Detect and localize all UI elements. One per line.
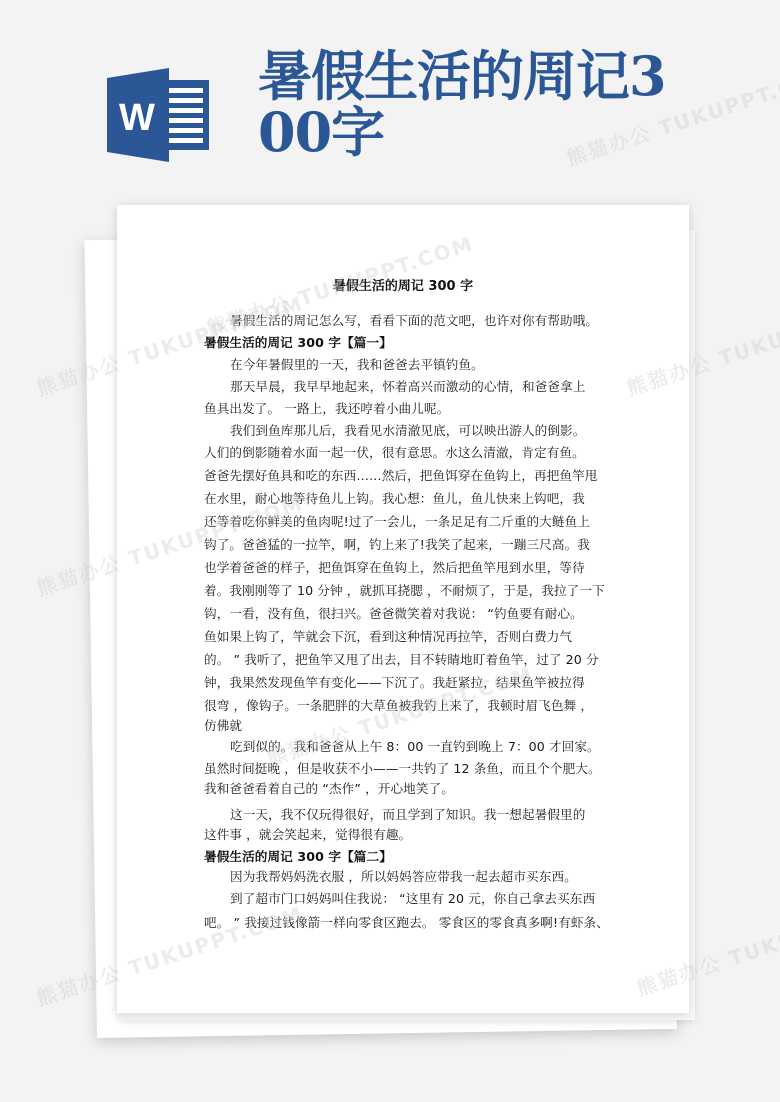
paragraph-line: 鱼具出发了。 一路上，我还哼着小曲儿呢。 bbox=[204, 401, 607, 417]
paragraph-line: 那天早晨，我早早地起来，怀着高兴而激动的心情，和爸爸拿上 bbox=[230, 379, 607, 395]
section-heading: 暑假生活的周记 300 字【篇一】 bbox=[204, 335, 607, 351]
paragraph-line: 暑假生活的周记怎么写，看看下面的范文吧，也许对你有帮助哦。 bbox=[230, 313, 607, 329]
page-title-line2: 00字 bbox=[258, 104, 698, 160]
document-title: 暑假生活的周记 300 字 bbox=[117, 275, 689, 294]
paragraph-line: 钩了。爸爸猛的一拉竿，啊，钓上来了!我笑了起来，一蹦三尺高。我 bbox=[204, 537, 607, 553]
word-icon-letter: W bbox=[119, 97, 155, 139]
paragraph-line: 我和爸爸看着自己的 “杰作” ，开心地笑了。 bbox=[204, 781, 607, 797]
paragraph-line: 钟，我果然发现鱼竿有变化——下沉了。我赶紧拉，结果鱼竿被拉得 bbox=[204, 675, 607, 691]
paragraph-line: 我们到鱼库那儿后，我看见水清澈见底，可以映出游人的倒影。 bbox=[230, 423, 607, 439]
paragraph-line: 人们的倒影随着水面一起一伏，很有意思。水这么清澈，肯定有鱼。 bbox=[204, 445, 607, 461]
paragraph-line: 这一天，我不仅玩得很好，而且学到了知识。我一想起暑假里的 bbox=[230, 807, 607, 823]
paragraph-line: 到了超市门口妈妈叫住我说： “这里有 20 元，你自己拿去买东西 bbox=[230, 891, 607, 907]
paragraph-line: 着。我刚刚等了 10 分钟 ，就抓耳挠腮 ，不耐烦了，于是，我拉了一下 bbox=[204, 583, 607, 599]
word-doc-icon: W bbox=[107, 68, 209, 162]
paragraph-line: 吧。 ” 我接过钱像箭一样向零食区跑去。 零食区的零食真多啊!有虾条、 bbox=[204, 915, 607, 931]
paragraph-line: 在今年暑假里的一天，我和爸爸去平镇钓鱼。 bbox=[230, 357, 607, 373]
paragraph-line: 也学着爸爸的样子，把鱼饵穿在鱼钩上，然后把鱼竿甩到水里，等待 bbox=[204, 560, 607, 576]
paragraph-line: 虽然时间挺晚 ，但是收获不小——一共钓了 12 条鱼，而且个个肥大。 bbox=[204, 761, 607, 777]
paragraph-line: 还等着吃你鲜美的鱼肉呢!过了一会儿，一条足足有二斤重的大鲢鱼上 bbox=[204, 514, 607, 530]
paragraph-line: 爸爸先摆好鱼具和吃的东西……然后，把鱼饵穿在鱼钩上，再把鱼竿甩 bbox=[204, 468, 607, 484]
paragraph-line: 因为我帮妈妈洗衣服 ，所以妈妈答应带我一起去超市买东西。 bbox=[230, 869, 607, 885]
section-heading: 暑假生活的周记 300 字【篇二】 bbox=[204, 849, 607, 865]
paragraph-line: 的。 ” 我听了，把鱼竿又甩了出去，目不转睛地盯着鱼竿，过了 20 分 bbox=[204, 652, 607, 668]
page-title-line1: 暑假生活的周记3 bbox=[258, 48, 698, 104]
paragraph-line: 钩，一看，没有鱼，很扫兴。爸爸微笑着对我说： “钓鱼要有耐心。 bbox=[204, 606, 607, 622]
page-title: 暑假生活的周记3 00字 bbox=[258, 48, 698, 160]
paragraph-line: 仿佛就 bbox=[204, 718, 607, 734]
paragraph-line: 这件事 ，就会笑起来，觉得很有趣。 bbox=[204, 827, 607, 843]
paragraph-line: 吃到似的。我和爸爸从上午 8：00 一直钓到晚上 7：00 才回家。 bbox=[230, 739, 607, 755]
paragraph-line: 鱼如果上钩了，竿就会下沉，看到这种情况再拉竿，否则白费力气 bbox=[204, 629, 607, 645]
paragraph-line: 在水里，耐心地等待鱼儿上钩。我心想：鱼儿，鱼儿快来上钩吧，我 bbox=[204, 491, 607, 507]
document-page: 暑假生活的周记 300 字 暑假生活的周记怎么写，看看下面的范文吧，也许对你有帮… bbox=[117, 205, 689, 1013]
paragraph-line: 很弯 ，像钩子。一条肥胖的大草鱼被我钓上来了，我顿时眉飞色舞 ， bbox=[204, 698, 607, 714]
